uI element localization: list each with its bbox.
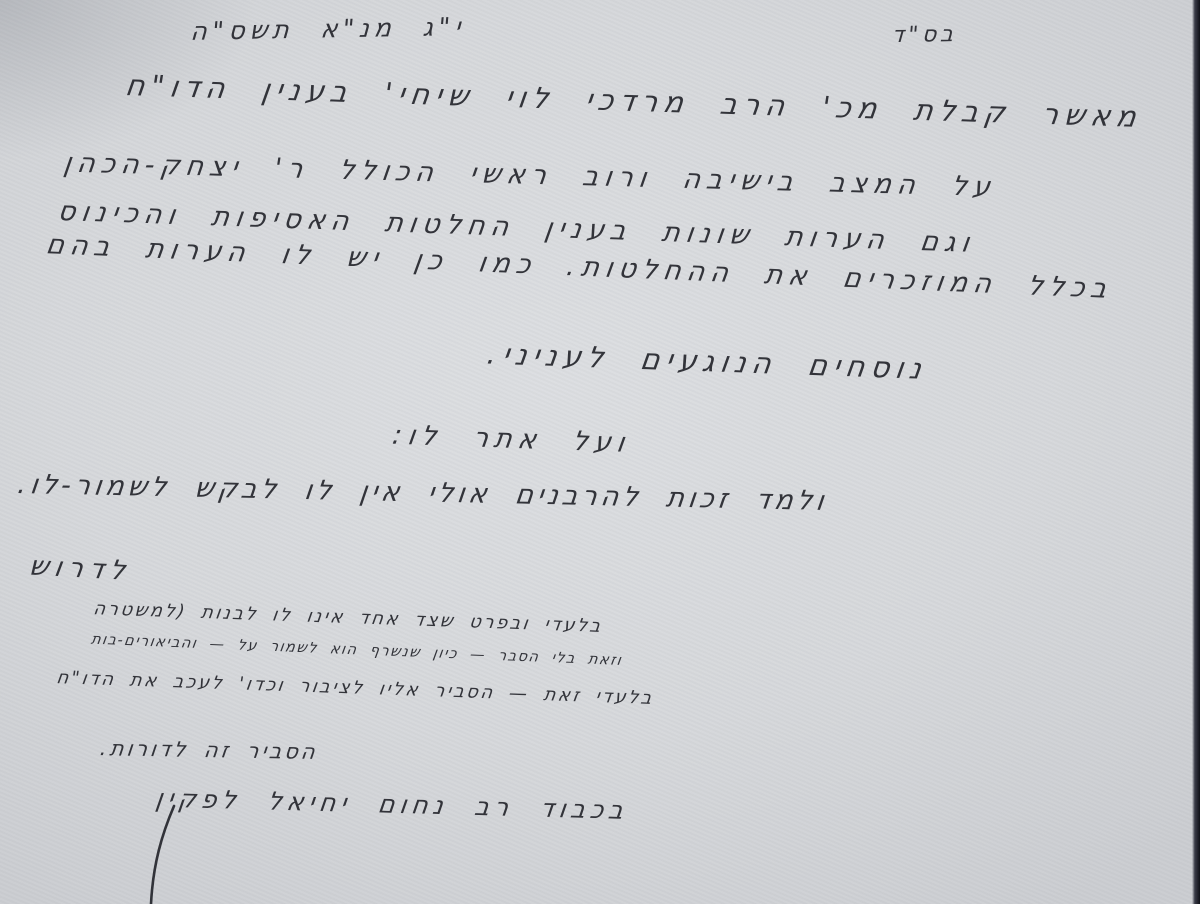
date-line: י"ג מנ"א תשס"ה: [190, 12, 467, 46]
pen-stroke-descender: [138, 800, 190, 904]
signature-line: בכבוד רב נחום יחיאל לפקין: [154, 784, 630, 825]
dense-paragraph-line-3: בלעדי זאת — הסביר אליו לציבור וכדו' לעכב…: [55, 667, 655, 709]
bsd-header: בס"ד: [891, 22, 958, 48]
letter-paper: בס"ד י"ג מנ"א תשס"ה מאשר קבלת מכ' הרב מר…: [0, 0, 1200, 904]
letter-line-8: לדרוש: [27, 551, 134, 587]
dense-paragraph-line-1: בלעדי ובפרט שצד אחד אינו לו לבנות (למשטר…: [92, 598, 604, 637]
letter-line-5: נוסחים הנוגעים לעניני.: [485, 337, 930, 386]
photo-edge-shadow: [1192, 0, 1200, 904]
letter-line-7: ולמד זכות להרבנים אולי אין לו לבקש לשמור…: [16, 469, 830, 517]
closing-line: הסביר זה לדורות.: [99, 736, 320, 764]
letter-line-6: ועל אתר לו:: [390, 420, 632, 459]
letter-line-1: מאשר קבלת מכ' הרב מרדכי לוי שיחי' בענין …: [123, 68, 1144, 134]
dense-paragraph-line-2: וזאת בלי הסבר — כיון שנשרף הוא לשמור על …: [90, 632, 624, 669]
letter-line-2: על המצב בישיבה ורוב ראשי הכולל ר' יצחק-ה…: [62, 148, 998, 203]
